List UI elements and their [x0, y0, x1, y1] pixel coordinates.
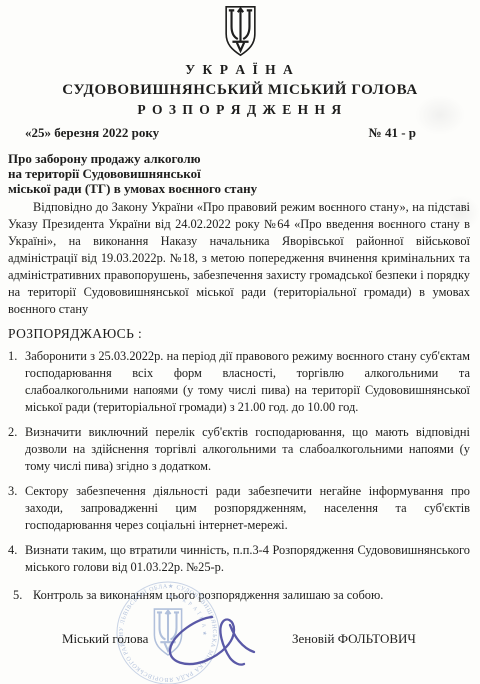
item-text: Визнати таким, що втратили чинність, п.п… [25, 543, 470, 574]
authority-title: СУДОВОВИШНЯНСЬКИЙ МІСЬКИЙ ГОЛОВА [0, 82, 480, 98]
ukraine-trident-emblem-icon [222, 5, 259, 57]
order-item: 3. Сектору забезпечення діяльності ради … [0, 483, 470, 534]
preamble-text: Відповідно до Закону України «Про правов… [8, 199, 470, 318]
order-item: 4. Визнати таким, що втратили чинність, … [0, 542, 470, 576]
doc-date: «25» березня 2022 року [25, 126, 159, 140]
signature-role: Міський голова [62, 631, 148, 647]
subject-block: Про заборону продажу алкоголю на територ… [8, 151, 480, 196]
item-number: 1. [8, 348, 17, 365]
subject-line: Про заборону продажу алкоголю [8, 151, 480, 166]
item-number: 3. [8, 483, 17, 500]
scan-artifact [440, 195, 480, 231]
subject-line: міської ради (ТГ) в умовах воєнного стан… [8, 181, 480, 196]
document-page: У К Р А Ї Н А СУДОВОВИШНЯНСЬКИЙ МІСЬКИЙ … [0, 0, 480, 684]
item-number: 4. [8, 542, 17, 559]
item-text: Визначити виключний перелік суб'єктів го… [25, 425, 470, 473]
order-item: 5. Контроль за виконанням цього розпоряд… [0, 587, 470, 604]
scan-artifact [415, 95, 465, 135]
doc-number: № 41 - р [369, 126, 416, 140]
item-number: 2. [8, 424, 17, 441]
meta-row: «25» березня 2022 року № 41 - р [25, 126, 416, 140]
item-text: Сектору забезпечення діяльності ради заб… [25, 484, 470, 532]
order-item: 2. Визначити виключний перелік суб'єктів… [0, 424, 470, 475]
doc-type-title: Р О З П О Р Я Д Ж Е Н Н Я [0, 103, 480, 117]
order-item: 1. Заборонити з 25.03.2022р. на період д… [0, 348, 470, 416]
order-declaration: РОЗПОРЯДЖАЮСЬ : [8, 327, 480, 341]
item-number: 5. [13, 587, 22, 604]
signature-name: Зеновій ФОЛЬТОВИЧ [292, 631, 416, 647]
handwritten-signature [150, 606, 270, 676]
order-items: 1. Заборонити з 25.03.2022р. на період д… [0, 348, 480, 604]
country-title: У К Р А Ї Н А [0, 63, 480, 77]
subject-line: на території Судововишнянської [8, 166, 480, 181]
item-text: Заборонити з 25.03.2022р. на період дії … [25, 349, 470, 414]
